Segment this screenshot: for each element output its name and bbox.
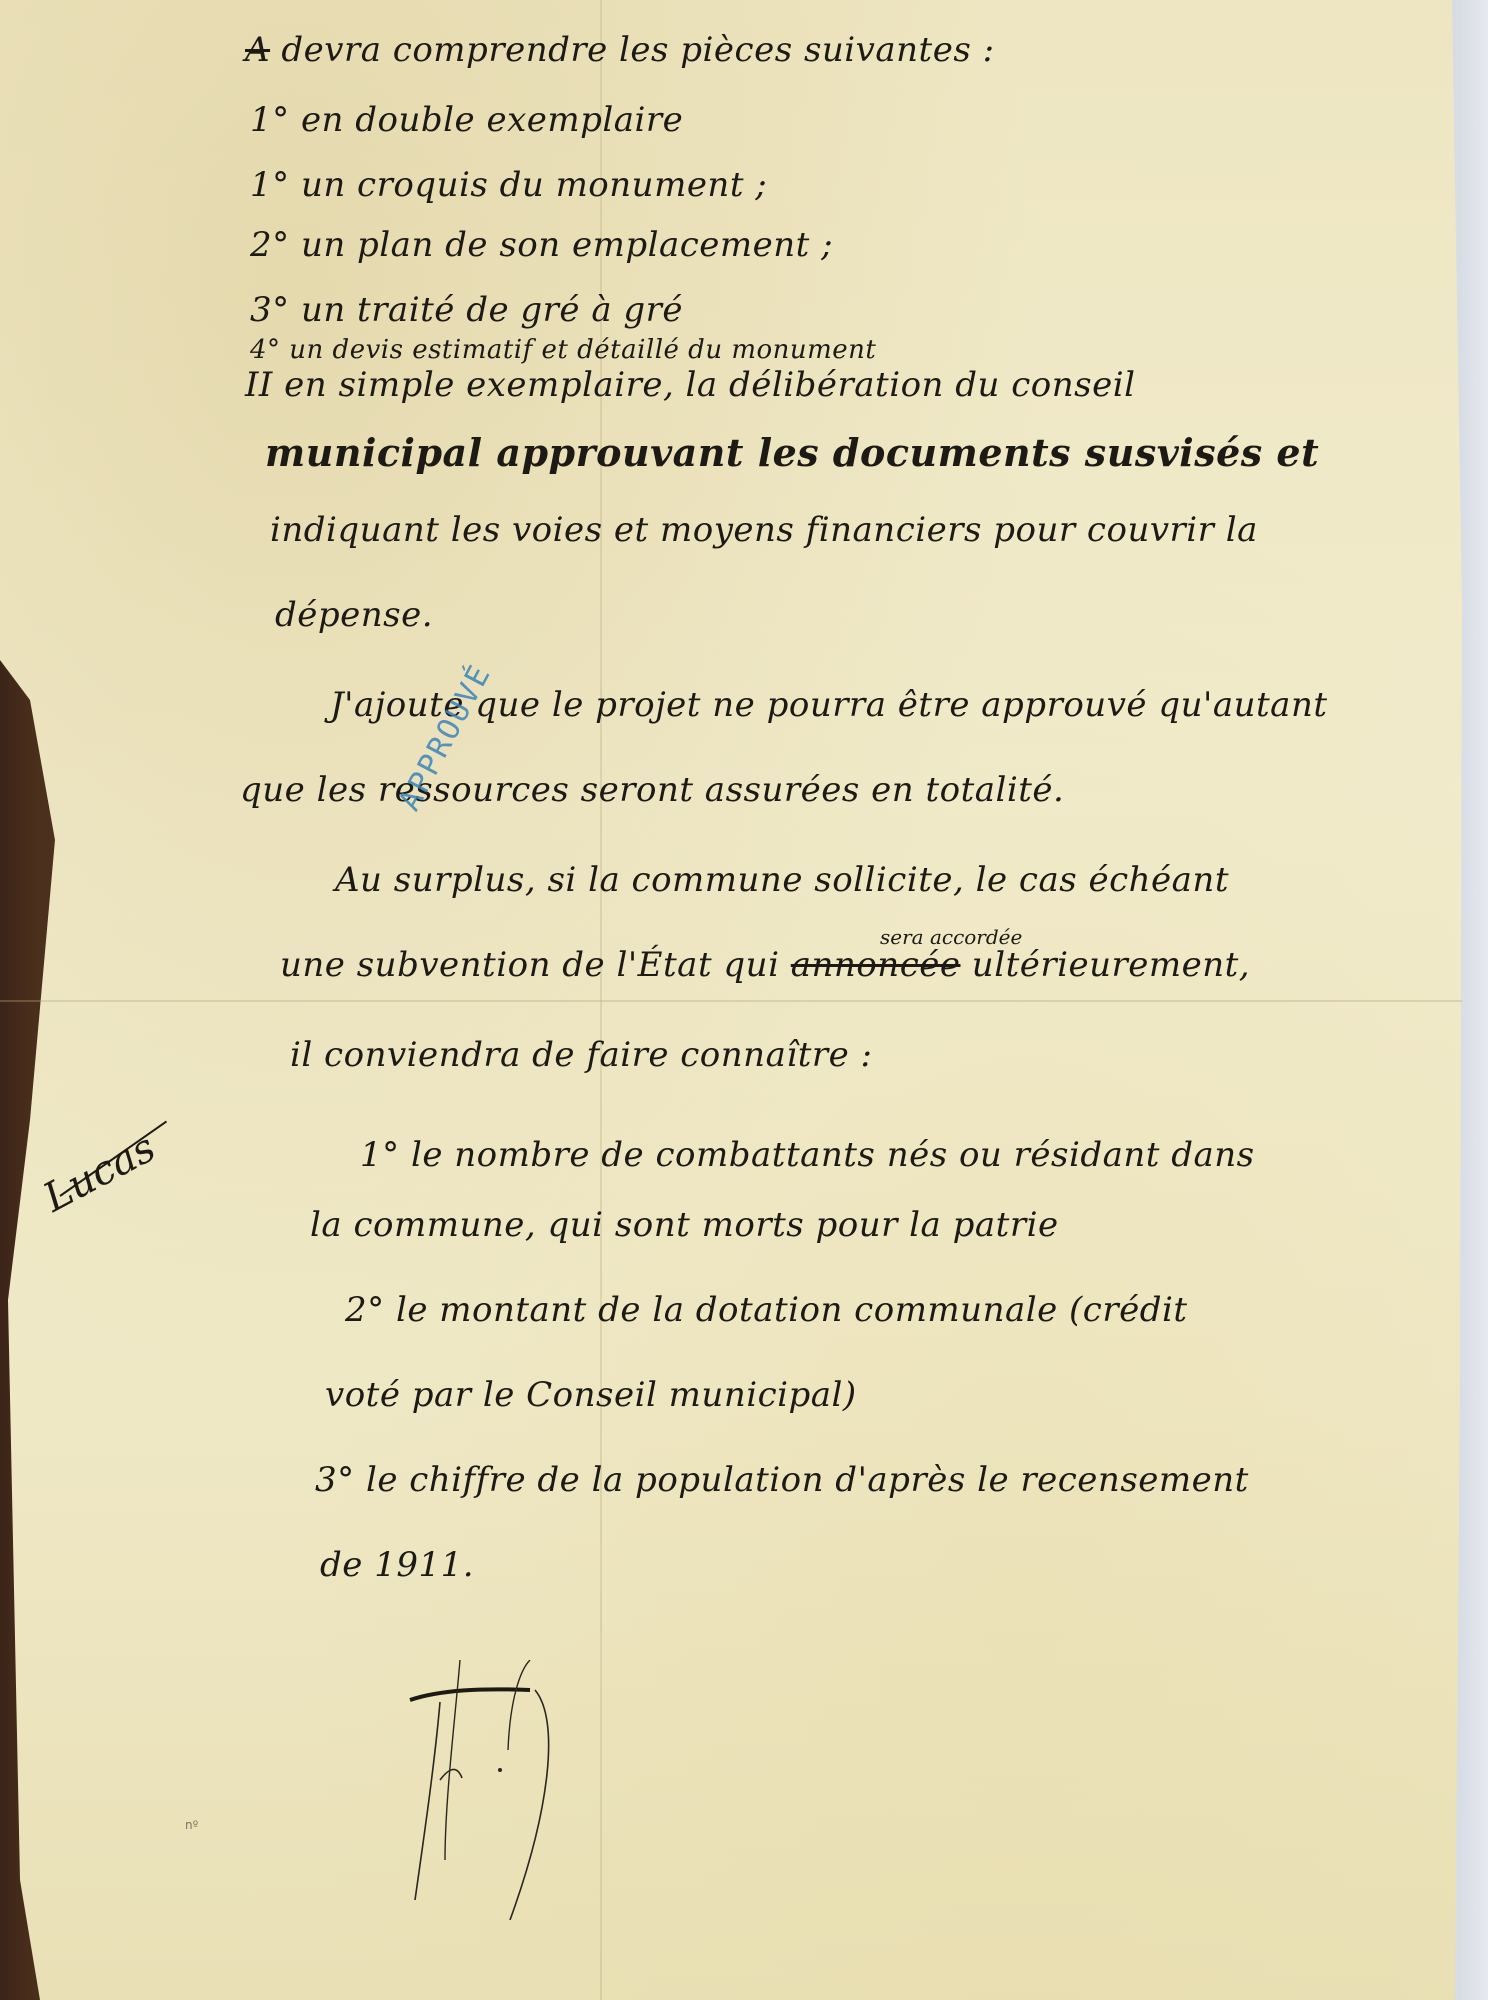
text-line-1: A devra comprendre les pièces suivantes … (245, 30, 995, 70)
signature-icon (400, 1660, 640, 1920)
text-line-3: 1° un croquis du monument ; (250, 165, 767, 205)
text-line-12: que les ressources seront assurées en to… (240, 770, 1064, 810)
text-line-16: 1° le nombre de combattants nés ou résid… (360, 1135, 1255, 1175)
text-line-15: il conviendra de faire connaître : (290, 1035, 873, 1075)
inserted-correction: sera accordée (880, 925, 1022, 949)
text-line-4: 2° un plan de son emplacement ; (250, 225, 833, 265)
text-line-8: municipal approuvant les documents susvi… (265, 430, 1319, 475)
text-line-10: dépense. (275, 595, 433, 635)
text-line-9: indiquant les voies et moyens financiers… (270, 510, 1258, 550)
text-line-6: 4° un devis estimatif et détaillé du mon… (250, 335, 876, 365)
text-line-21: de 1911. (320, 1545, 474, 1585)
text-line-19: voté par le Conseil municipal) (325, 1375, 857, 1415)
text-line-20: 3° le chiffre de la population d'après l… (315, 1460, 1249, 1500)
struck-prefix: A (245, 30, 270, 70)
struck-word: annoncée (791, 945, 961, 985)
text-line-7: II en simple exemplaire, la délibération… (245, 365, 1135, 405)
line-text-a: une subvention de l'État qui (280, 945, 779, 985)
text-line-14: une subvention de l'État qui annoncée ul… (280, 945, 1250, 985)
faint-mark: nº (185, 1818, 198, 1832)
text-line-18: 2° le montant de la dotation communale (… (345, 1290, 1188, 1330)
text-line-2: 1° en double exemplaire (250, 100, 683, 140)
horizontal-fold-crease (0, 1000, 1462, 1002)
line-text-b: ultérieurement, (972, 945, 1250, 985)
text-line-13: Au surplus, si la commune sollicite, le … (335, 860, 1229, 900)
text-line-5: 3° un traité de gré à gré (250, 290, 683, 330)
text-line-17: la commune, qui sont morts pour la patri… (310, 1205, 1059, 1245)
line-text: devra comprendre les pièces suivantes : (281, 30, 994, 70)
